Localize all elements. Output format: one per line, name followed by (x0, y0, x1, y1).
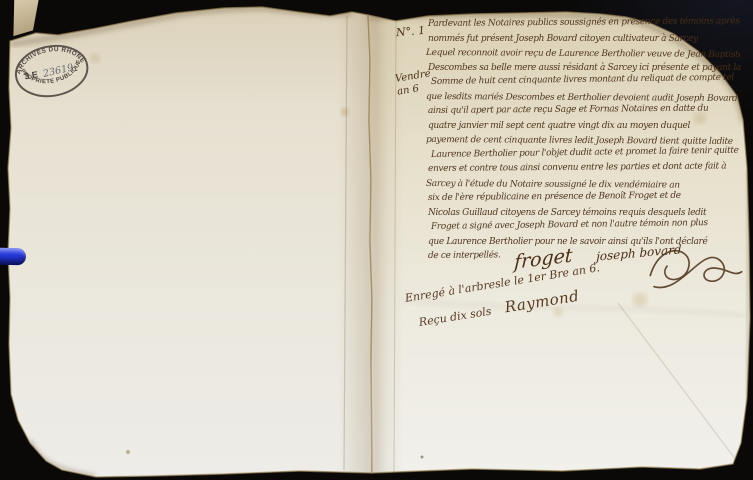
folio-number: N°. 1 (395, 24, 425, 39)
document-photo: ARCHIVES DU RHÔNE 3 E 23619 PROPRIETE PU… (0, 0, 753, 480)
act-text-line: Somme de huit cent cinquante livres mont… (431, 71, 745, 90)
act-text-line: six de l'ère républicaine en présence de… (428, 188, 742, 205)
act-text-line: envers et contre tous ainsi convenu entr… (428, 159, 742, 176)
notary-signature-flourish (642, 240, 750, 300)
act-text-line: ainsi qu'il apert par acte reçu Sage et … (428, 101, 742, 118)
act-text-line: nommés fut présent Joseph Bovard citoyen… (428, 32, 742, 47)
archive-stamp: ARCHIVES DU RHÔNE 3 E 23619 PROPRIETE PU… (8, 35, 96, 112)
notarial-act-text: Pardevant les Notaires publics soussigné… (428, 17, 744, 264)
act-text-line: Pardevant les Notaires publics soussigné… (428, 14, 742, 31)
blue-pen (0, 248, 26, 266)
act-text-line: Froget a signé avec Joseph Bovard et non… (431, 216, 745, 235)
act-text-line: quatre janvier mil sept cent quatre ving… (428, 119, 742, 134)
